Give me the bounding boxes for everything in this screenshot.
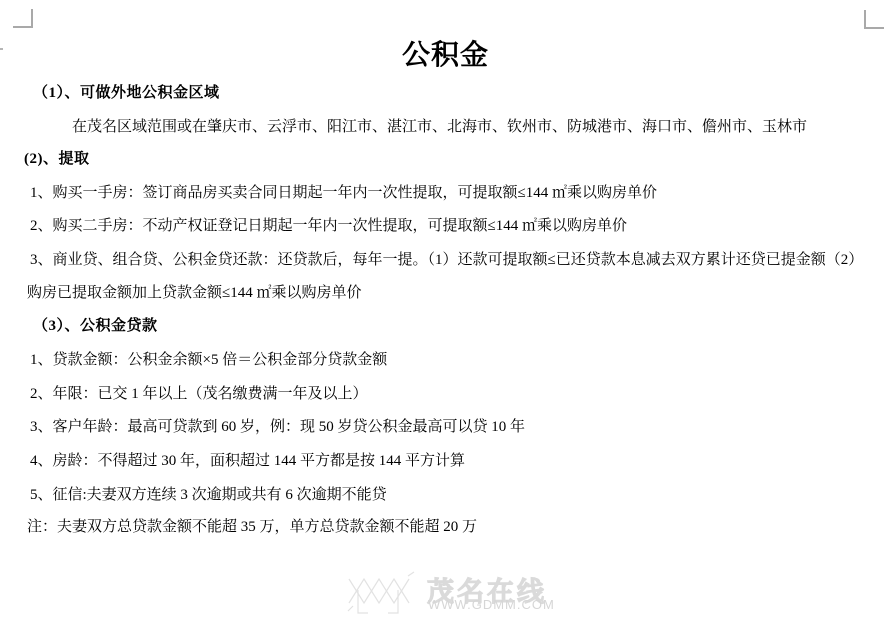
section3-line-4: 4、房龄：不得超过 30 年，面积超过 144 平方都是按 144 平方计算 <box>30 453 465 469</box>
section1-line-cities: 在茂名区域范围或在肇庆市、云浮市、阳江市、湛江市、北海市、钦州市、防城港市、海口… <box>72 119 807 135</box>
section3-line-5: 5、征信:夫妻双方连续 3 次逾期或共有 6 次逾期不能贷 <box>30 487 387 503</box>
page-title: 公积金 <box>0 33 891 73</box>
section-heading-3: （3）、公积金贷款 <box>33 318 158 334</box>
section2-line-3-continued: 购房已提取金额加上贷款金额≤144 ㎡乘以购房单价 <box>27 285 362 301</box>
section-heading-1: （1）、可做外地公积金区域 <box>33 85 220 101</box>
section2-line-1: 1、购买一手房：签订商品房买卖合同日期起一年内一次性提取，可提取额≤144 ㎡乘… <box>30 185 657 201</box>
crop-mark-top-right-horizontal <box>864 27 884 29</box>
document-page: 公积金 （1）、可做外地公积金区域 在茂名区域范围或在肇庆市、云浮市、阳江市、湛… <box>0 0 891 617</box>
section-heading-2: (2)、提取 <box>24 151 90 167</box>
watermark-site-url: WWW.GDMM.COM <box>428 597 555 612</box>
section2-line-2: 2、购买二手房：不动产权证登记日期起一年内一次性提取，可提取额≤144 ㎡乘以购… <box>30 218 627 234</box>
maoming-online-logo-icon <box>346 570 416 617</box>
section3-note-line: 注：夫妻双方总贷款金额不能超 35 万，单方总贷款金额不能超 20 万 <box>27 519 477 535</box>
section3-line-1: 1、贷款金额：公积金余额×5 倍＝公积金部分贷款金额 <box>30 352 387 368</box>
section2-line-3: 3、商业贷、组合贷、公积金贷还款：还贷款后，每年一提。（1）还款可提取额≤已还贷… <box>30 252 863 268</box>
section3-line-3: 3、客户年龄：最高可贷款到 60 岁，例：现 50 岁贷公积金最高可以贷 10 … <box>30 419 525 435</box>
section3-line-2: 2、年限：已交 1 年以上（茂名缴费满一年及以上） <box>30 386 368 402</box>
crop-mark-top-left-horizontal <box>13 26 33 28</box>
